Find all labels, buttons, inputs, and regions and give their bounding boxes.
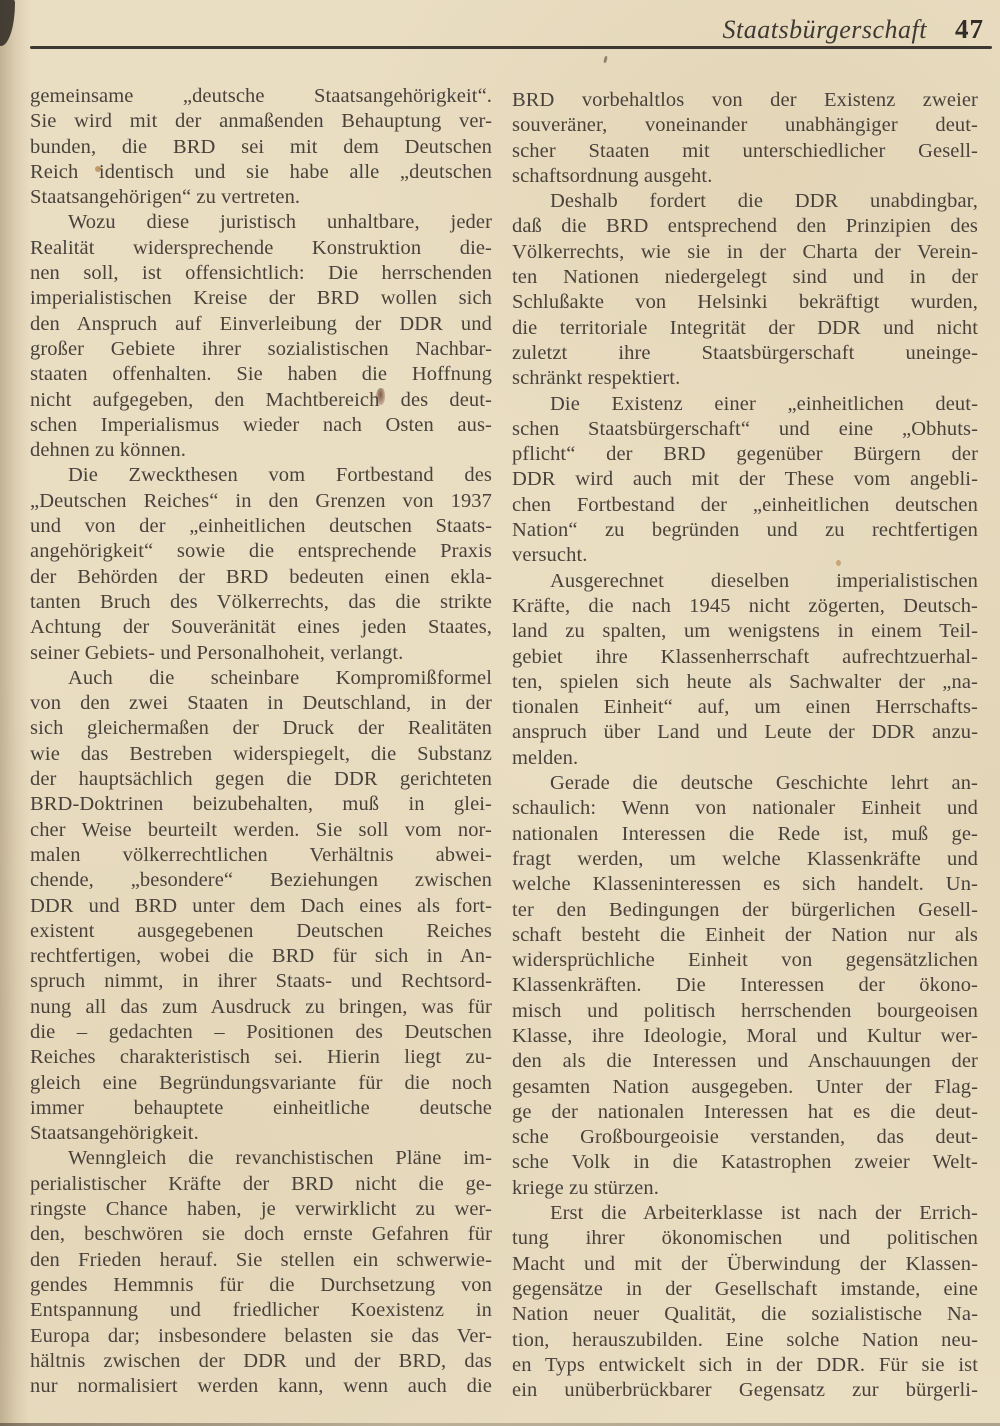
text-line: Achtung der Souveränität eines jeden Sta…: [30, 615, 492, 640]
text-line: melden.: [512, 746, 978, 771]
text-line: Erst die Arbeiterklasse ist nach der Err…: [512, 1201, 978, 1226]
text-line: BRD-Doktrinen beizubehalten, muß in glei…: [30, 792, 492, 817]
text-line: tanten Bruch des Völkerrechts, das die s…: [30, 590, 492, 615]
paper-speck: [603, 56, 608, 64]
text-line: Nation neuer Qualität, die sozialistisch…: [512, 1302, 978, 1327]
text-line: Realität widersprechende Konstruktion di…: [30, 236, 492, 261]
text-line: en Typs entwickelt sich in der DDR. Für …: [512, 1353, 978, 1378]
text-line: anspruch über Land und Leute der DDR anz…: [512, 720, 978, 745]
text-line: staaten offenhalten. Sie haben die Hoffn…: [30, 362, 492, 387]
text-line: tionalen Einheit“ auf, um einen Herrscha…: [512, 695, 978, 720]
text-line: chende, „besondere“ Beziehungen zwischen: [30, 868, 492, 893]
text-line: wie das Bestreben widerspiegelt, die Sub…: [30, 742, 492, 767]
text-line: spruch nimmt, in ihrer Staats- und Recht…: [30, 969, 492, 994]
text-line: „Deutschen Reiches“ in den Grenzen von 1…: [30, 489, 492, 514]
text-line: Klasse, ihre Ideologie, Moral und Kultur…: [512, 1024, 978, 1049]
ink-smudge: [376, 388, 385, 405]
text-line: zuletzt ihre Staatsbürgerschaft uneinge-: [512, 341, 978, 366]
text-line: Schlußakte von Helsinki bekräftigt wurde…: [512, 290, 978, 315]
header-rule: [30, 46, 992, 49]
text-line: Gerade die deutsche Geschichte lehrt an-: [512, 771, 978, 796]
text-line: tung ihrer ökonomischen und politischen: [512, 1226, 978, 1251]
text-line: DDR wird auch mit der These vom angebli-: [512, 467, 978, 492]
text-line: Kräfte, die nach 1945 nicht zögerten, De…: [512, 594, 978, 619]
text-line: nur normalisiert werden kann, wenn auch …: [30, 1374, 492, 1399]
text-line: und von der „einheitlichen deutschen Sta…: [30, 514, 492, 539]
text-line: schen Imperialismus wieder nach Osten au…: [30, 413, 492, 438]
text-line: die – gedachten – Positionen des Deutsch…: [30, 1020, 492, 1045]
text-line: hältnis zwischen der DDR und der BRD, da…: [30, 1349, 492, 1374]
text-line: perialistischer Kräfte der BRD nicht die…: [30, 1172, 492, 1197]
text-line: sich gleichermaßen der Druck der Realitä…: [30, 716, 492, 741]
text-line: gesamten Nation ausgegeben. Unter der Fl…: [512, 1075, 978, 1100]
page-edge-shadow: [0, 0, 30, 1426]
text-line: ten Nationen niedergelegt sind und in de…: [512, 265, 978, 290]
text-line: souveräner, voneinander unabhängiger deu…: [512, 113, 978, 138]
text-line: seiner Gebiets- und Personalhoheit, verl…: [30, 641, 492, 666]
text-line: rechtfertigen, wobei die BRD für sich in…: [30, 944, 492, 969]
text-line: Reiches charakteristisch sei. Hierin lie…: [30, 1045, 492, 1070]
text-line: Staatsangehörigen“ zu vertreten.: [30, 185, 492, 210]
text-line: der Behörden der BRD bedeuten einen ekla…: [30, 565, 492, 590]
page-header: Staatsbürgerschaft 47: [30, 14, 984, 45]
text-line: den als die Interessen und Anschauungen …: [512, 1049, 978, 1074]
text-line: gebiet ihre Klassenherrschaft aufrechtzu…: [512, 645, 978, 670]
text-line: ein unüberbrückbarer Gegensatz zur bürge…: [512, 1378, 978, 1403]
text-line: gleich eine Begründungsvariante für die …: [30, 1071, 492, 1096]
text-line: angehörigkeit“ sowie die entsprechende P…: [30, 539, 492, 564]
text-line: schen Staatsbürgerschaft“ und eine „Obhu…: [512, 417, 978, 442]
text-line: der hauptsächlich gegen die DDR gerichte…: [30, 767, 492, 792]
text-line: Die Existenz einer „einheitlichen deut-: [512, 392, 978, 417]
text-line: cher Weise beurteilt werden. Sie soll vo…: [30, 818, 492, 843]
text-line: Macht und mit der Überwindung der Klasse…: [512, 1252, 978, 1277]
text-line: land zu spalten, um wenigstens in einem …: [512, 619, 978, 644]
text-line: gegensätze in der Gesellschaft imstande,…: [512, 1277, 978, 1302]
text-line: sche Großbourgeoisie verstanden, das deu…: [512, 1125, 978, 1150]
text-line: imperialistischen Kreise der BRD wollen …: [30, 286, 492, 311]
text-line: nationalen Interessen die Rede ist, muß …: [512, 822, 978, 847]
text-line: Deshalb fordert die DDR unabdingbar,: [512, 189, 978, 214]
text-line: Staatsangehörigkeit.: [30, 1121, 492, 1146]
text-line: die territoriale Integrität der DDR und …: [512, 316, 978, 341]
paper-speck: [836, 560, 841, 566]
text-line: schaulich: Wenn von nationaler Einheit u…: [512, 796, 978, 821]
text-line: Völkerrechts, wie sie in der Charta der …: [512, 240, 978, 265]
text-line: bunden, die BRD sei mit dem Deutschen: [30, 135, 492, 160]
text-line: schaftsordnung ausgeht.: [512, 164, 978, 189]
column-right: BRD vorbehaltlos von der Existenz zweier…: [512, 84, 978, 1403]
text-line: gendes Hemmnis für die Durchsetzung von: [30, 1273, 492, 1298]
text-line: Wozu diese juristisch unhaltbare, jeder: [30, 210, 492, 235]
text-line: den Anspruch auf Einverleibung der DDR u…: [30, 312, 492, 337]
text-line: pflicht“ der BRD gegenüber Bürgern der: [512, 442, 978, 467]
text-line: großer Gebiete ihrer sozialistischen Nac…: [30, 337, 492, 362]
text-line: nung all das zum Ausdruck zu bringen, wa…: [30, 995, 492, 1020]
text-line: schränkt respektiert.: [512, 366, 978, 391]
text-line: sche Volk in die Katastrophen zweier Wel…: [512, 1150, 978, 1175]
column-left: gemeinsame „deutsche Staatsangehörigkeit…: [30, 84, 492, 1403]
text-line: nicht aufgegeben, den Machtbereich des d…: [30, 388, 492, 413]
text-line: ringste Chance haben, je verwirklicht zu…: [30, 1197, 492, 1222]
text-line: kriege zu stürzen.: [512, 1176, 978, 1201]
text-line: Wenngleich die revanchistischen Pläne im…: [30, 1146, 492, 1171]
text-line: BRD vorbehaltlos von der Existenz zweier: [512, 88, 978, 113]
text-line: Entspannung und friedlicher Koexistenz i…: [30, 1298, 492, 1323]
text-line: DDR und BRD unter dem Dach eines als for…: [30, 894, 492, 919]
text-line: den Frieden herauf. Sie stellen ein schw…: [30, 1248, 492, 1273]
paper-speck: [95, 166, 101, 172]
text-line: ten, spielen sich heute als Sachwalter d…: [512, 670, 978, 695]
text-line: misch und politisch herrschenden bourgeo…: [512, 999, 978, 1024]
text-line: Auch die scheinbare Kompromißformel: [30, 666, 492, 691]
text-line: gemeinsame „deutsche Staatsangehörigkeit…: [30, 84, 492, 109]
text-line: Sie wird mit der anmaßenden Behauptung v…: [30, 109, 492, 134]
text-line: daß die BRD entsprechend den Prinzipien …: [512, 214, 978, 239]
text-columns: gemeinsame „deutsche Staatsangehörigkeit…: [30, 84, 978, 1403]
text-line: Die Zweckthesen vom Fortbestand des: [30, 463, 492, 488]
text-line: Ausgerechnet dieselben imperialistischen: [512, 569, 978, 594]
text-line: Klassenkräften. Die Interessen der ökono…: [512, 973, 978, 998]
text-line: existent ausgegebenen Deutschen Reiches: [30, 919, 492, 944]
text-line: chen Fortbestand der „einheitlichen deut…: [512, 493, 978, 518]
text-line: versucht.: [512, 543, 978, 568]
text-line: widersprüchliche Einheit von gegensätzli…: [512, 948, 978, 973]
text-line: ter den Bedingungen der bürgerlichen Ges…: [512, 898, 978, 923]
text-line: ge der nationalen Interessen hat es die …: [512, 1100, 978, 1125]
text-line: dehnen zu können.: [30, 438, 492, 463]
text-line: Reich identisch und sie habe alle „deuts…: [30, 160, 492, 185]
page-number: 47: [955, 14, 984, 45]
text-line: welche Klasseninteressen es sich handelt…: [512, 872, 978, 897]
text-line: Nation“ zu begründen und zu rechtfertige…: [512, 518, 978, 543]
text-line: schaft besteht die Einheit der Nation nu…: [512, 923, 978, 948]
running-head-title: Staatsbürgerschaft: [723, 15, 927, 45]
text-line: malen völkerrechtlichen Verhältnis abwei…: [30, 843, 492, 868]
text-line: tion, herauszubilden. Eine solche Nation…: [512, 1328, 978, 1353]
text-line: den, beschwören sie doch ernste Gefahren…: [30, 1222, 492, 1247]
text-line: scher Staaten mit unterschiedlicher Gese…: [512, 139, 978, 164]
text-line: immer behauptete einheitliche deutsche: [30, 1096, 492, 1121]
text-line: von den zwei Staaten in Deutschland, in …: [30, 691, 492, 716]
text-line: fragt werden, um welche Klassenkräfte un…: [512, 847, 978, 872]
text-line: nen soll, ist offensichtlich: Die herrsc…: [30, 261, 492, 286]
text-line: Europa dar; insbesondere belasten sie da…: [30, 1324, 492, 1349]
